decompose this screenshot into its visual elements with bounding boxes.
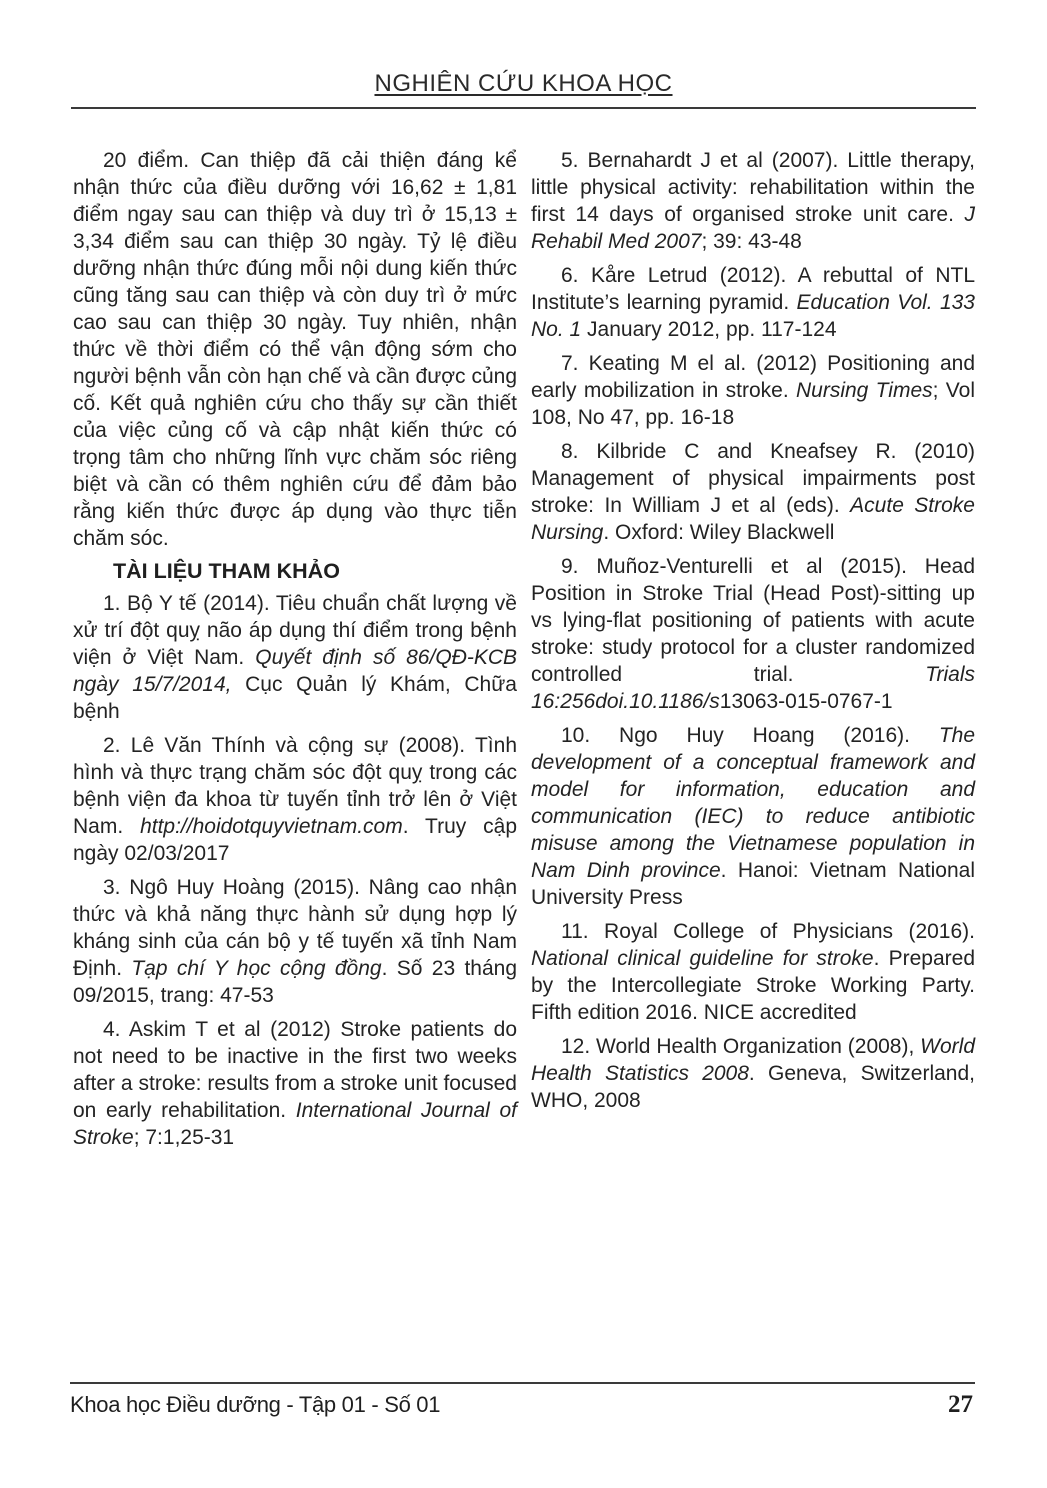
reference-item: 11. Royal College of Physicians (2016). … bbox=[531, 918, 975, 1026]
references-heading: TÀI LIỆU THAM KHẢO bbox=[73, 558, 517, 585]
reference-item: 2. Lê Văn Thính và cộng sự (2008). Tình … bbox=[73, 732, 517, 867]
header-rule bbox=[71, 107, 976, 109]
reference-item: 1. Bộ Y tế (2014). Tiêu chuẩn chất lượng… bbox=[73, 590, 517, 725]
journal-name: Khoa học Điều dưỡng - Tập 01 - Số 01 bbox=[70, 1392, 440, 1418]
reference-item: 9. Muñoz-Venturelli et al (2015). Head P… bbox=[531, 553, 975, 715]
reference-item: 8. Kilbride C and Kneafsey R. (2010) Man… bbox=[531, 438, 975, 546]
page-header: NGHIÊN CỨU KHOA HỌC bbox=[0, 0, 1047, 109]
page-header-title: NGHIÊN CỨU KHOA HỌC bbox=[0, 70, 1047, 98]
reference-item: 3. Ngô Huy Hoàng (2015). Nâng cao nhận t… bbox=[73, 874, 517, 1009]
two-column-body: 20 điểm. Can thiệp đã cải thiện đáng kể … bbox=[73, 147, 975, 1158]
right-column: 5. Bernahardt J et al (2007). Little the… bbox=[531, 147, 975, 1158]
page-number: 27 bbox=[948, 1391, 975, 1419]
left-column: 20 điểm. Can thiệp đã cải thiện đáng kể … bbox=[73, 147, 517, 1158]
reference-item: 6. Kåre Letrud (2012). A rebuttal of NTL… bbox=[531, 262, 975, 343]
reference-item: 12. World Health Organization (2008), Wo… bbox=[531, 1033, 975, 1114]
reference-item: 4. Askim T et al (2012) Stroke patients … bbox=[73, 1016, 517, 1151]
footer-row: Khoa học Điều dưỡng - Tập 01 - Số 01 27 bbox=[70, 1384, 975, 1419]
document-page: NGHIÊN CỨU KHOA HỌC 20 điểm. Can thiệp đ… bbox=[0, 0, 1047, 1488]
reference-item: 10. Ngo Huy Hoang (2016). The developmen… bbox=[531, 722, 975, 911]
conclusion-paragraph: 20 điểm. Can thiệp đã cải thiện đáng kể … bbox=[73, 147, 517, 552]
reference-item: 5. Bernahardt J et al (2007). Little the… bbox=[531, 147, 975, 255]
page-footer: Khoa học Điều dưỡng - Tập 01 - Số 01 27 bbox=[70, 1382, 975, 1419]
reference-item: 7. Keating M el al. (2012) Positioning a… bbox=[531, 350, 975, 431]
